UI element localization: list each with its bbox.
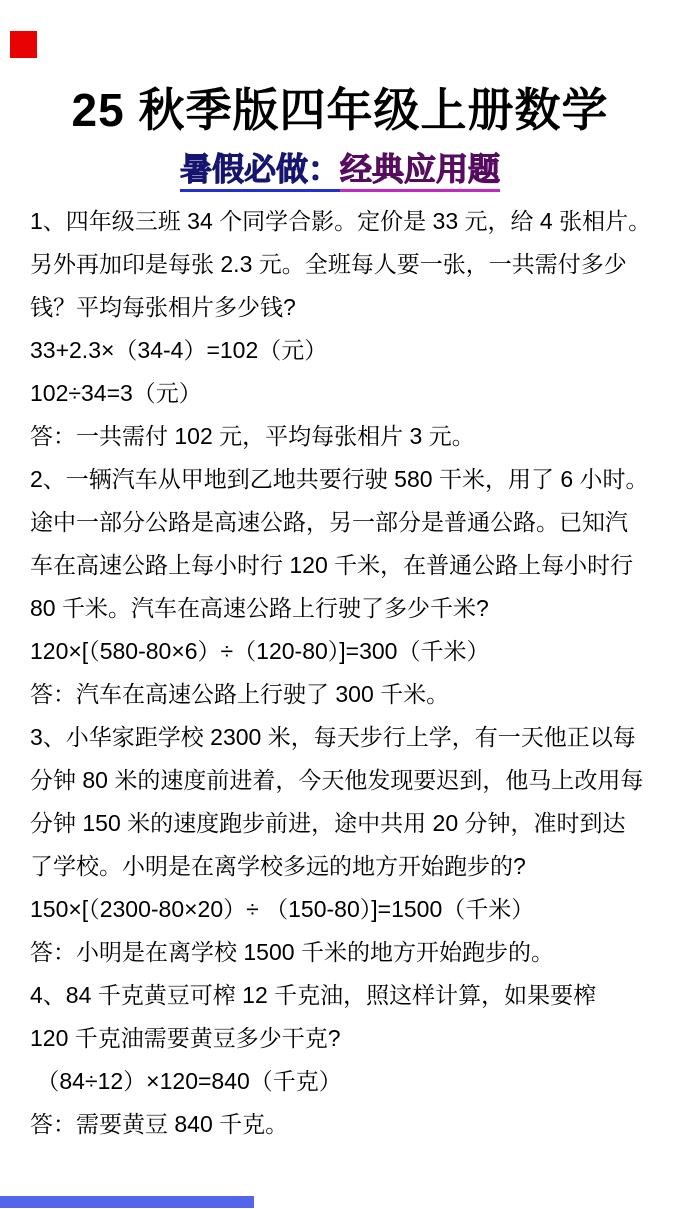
text-line: 120 千克油需要黄豆多少干克?	[30, 1017, 660, 1060]
bottom-bar-decoration	[0, 1196, 254, 1208]
text-line: 2、一辆汽车从甲地到乙地共要行驶 580 干米，用了 6 小时。	[30, 458, 660, 501]
text-line: 答：一共需付 102 元，平均每张相片 3 元。	[30, 415, 660, 458]
text-line: 120×[（580-80×6）÷（120-80）]=300（千米）	[30, 630, 660, 673]
text-line: 102÷34=3（元）	[30, 372, 660, 415]
text-line: （84÷12）×120=840（千克）	[30, 1060, 660, 1103]
text-line: 80 千米。汽车在高速公路上行驶了多少千米?	[30, 587, 660, 630]
subtitle: 暑假必做：经典应用题	[0, 144, 680, 190]
text-line: 33+2.3×（34-4）=102（元）	[30, 329, 660, 372]
text-line: 车在高速公路上每小时行 120 千米，在普通公路上每小时行	[30, 544, 660, 587]
text-line: 答：需要黄豆 840 千克。	[30, 1103, 660, 1146]
text-line: 答：汽车在高速公路上行驶了 300 千米。	[30, 673, 660, 716]
red-square-decoration	[10, 31, 37, 58]
subtitle-blue-text: 暑假必做：	[180, 151, 340, 192]
text-line: 3、小华家距学校 2300 米，每天步行上学，有一天他正以每	[30, 716, 660, 759]
text-line: 分钟 80 米的速度前进着，今天他发现要迟到，他马上改用每	[30, 759, 660, 802]
text-line: 150×[（2300-80×20）÷ （150-80）]=1500（千米）	[30, 888, 660, 931]
text-line: 钱？平均每张相片多少钱?	[30, 286, 660, 329]
text-line: 途中一部分公路是高速公路，另一部分是普通公路。已知汽	[30, 501, 660, 544]
worksheet-page: 25 秋季版四年级上册数学 暑假必做：经典应用题 1、四年级三班 34 个同学合…	[0, 0, 680, 1209]
text-line: 1、四年级三班 34 个同学合影。定价是 33 元，给 4 张相片。	[30, 200, 660, 243]
subtitle-magenta-text: 经典应用题	[340, 151, 500, 192]
text-line: 另外再加印是每张 2.3 元。全班每人要一张，一共需付多少	[30, 243, 660, 286]
page-title: 25 秋季版四年级上册数学	[0, 74, 680, 140]
text-line: 分钟 150 米的速度跑步前进，途中共用 20 分钟，准时到达	[30, 802, 660, 845]
body-lines: 1、四年级三班 34 个同学合影。定价是 33 元，给 4 张相片。另外再加印是…	[30, 200, 660, 1146]
text-line: 答：小明是在离学校 1500 千米的地方开始跑步的。	[30, 931, 660, 974]
text-line: 4、84 千克黄豆可榨 12 千克油，照这样计算，如果要榨	[30, 974, 660, 1017]
text-line: 了学校。小明是在离学校多远的地方开始跑步的?	[30, 845, 660, 888]
